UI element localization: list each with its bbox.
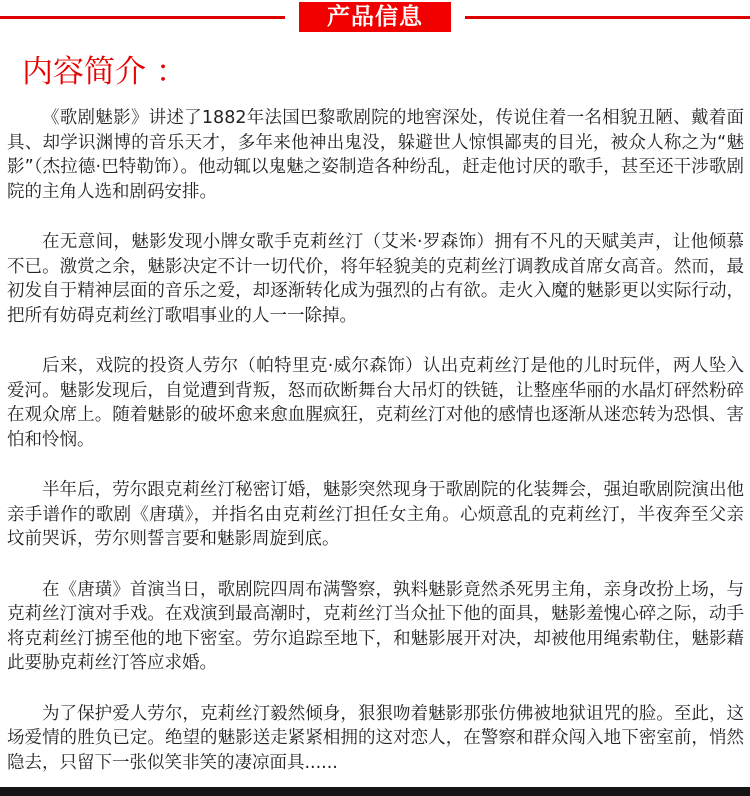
banner-rule-right xyxy=(465,16,750,19)
banner-title: 产品信息 xyxy=(327,4,423,30)
paragraph-4: 半年后，劳尔跟克莉丝汀秘密订婚，魅影突然现身于歌剧院的化装舞会，强迫歌剧院演出他… xyxy=(7,478,744,552)
banner: 产品信息 xyxy=(0,2,750,32)
paragraph-5: 在《唐璜》首演当日，歌剧院四周布满警察，孰料魅影竟然杀死男主角，亲身改扮上场，与… xyxy=(7,578,744,676)
paragraph-6: 为了保护爱人劳尔，克莉丝汀毅然倾身，狠狠吻着魅影那张仿佛被地狱诅咒的脸。至此，这… xyxy=(7,702,744,776)
paragraph-2: 在无意间，魅影发现小牌女歌手克莉丝汀（艾米·罗森饰）拥有不凡的天赋美声，让他倾慕… xyxy=(7,230,744,328)
bottom-divider-bar xyxy=(0,787,750,796)
banner-rule-left xyxy=(0,16,285,19)
section-heading: 内容简介 ： xyxy=(22,54,750,90)
paragraph-3: 后来，戏院的投资人劳尔（帕特里克·威尔森饰）认出克莉丝汀是他的儿时玩伴，两人坠入… xyxy=(7,354,744,452)
paragraph-1: 《歌剧魅影》讲述了1882年法国巴黎歌剧院的地窖深处，传说住着一名相貌丑陋、戴着… xyxy=(7,106,744,204)
product-info-banner: 产品信息 xyxy=(299,2,451,32)
content-summary: 《歌剧魅影》讲述了1882年法国巴黎歌剧院的地窖深处，传说住着一名相貌丑陋、戴着… xyxy=(7,106,744,775)
